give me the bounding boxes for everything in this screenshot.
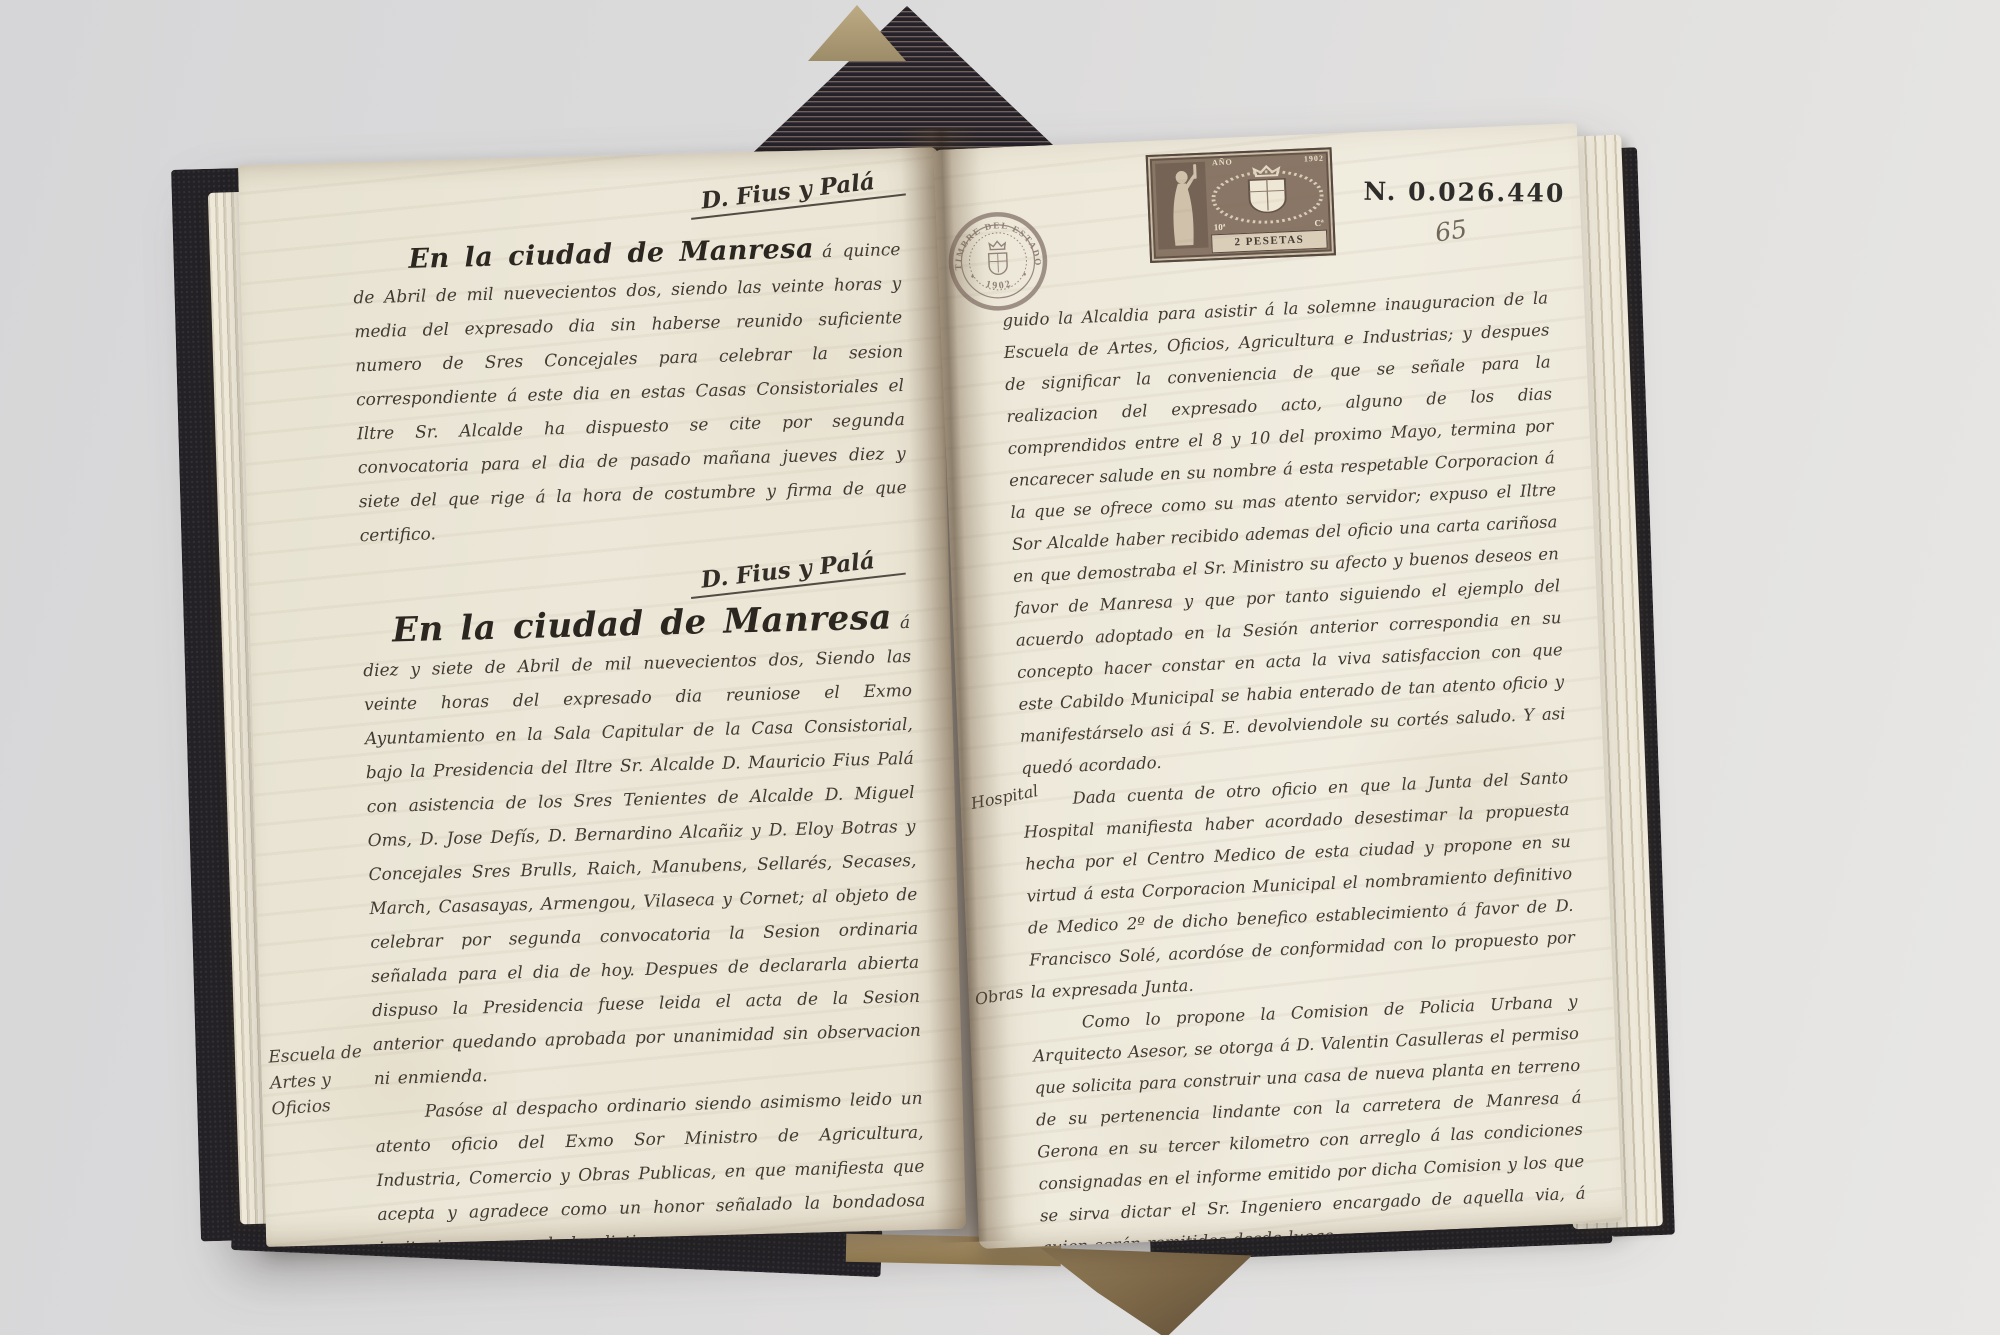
minutes-entry-despacho: Pasóse al despacho ordinario siendo asim… — [374, 1082, 926, 1247]
minutes-continuation: guido la Alcaldia para asistir á la sole… — [1002, 282, 1568, 784]
left-manuscript-page: D. Fius y Palá En la ciudad de Manresaá … — [238, 147, 966, 1247]
entry-heading-large: En la ciudad de Manresa — [392, 597, 893, 650]
stamp-value: 2 PESETAS — [1211, 230, 1328, 254]
svg-text:1902: 1902 — [984, 278, 1014, 292]
stamp-class-letter: Cª — [1314, 218, 1324, 228]
entry-body: á quince de Abril de mil nuevecientos do… — [353, 240, 907, 546]
crowned-shield-icon — [1208, 162, 1326, 227]
timbre-del-estado-seal: TIMBRE DEL ESTADO 1902 — [946, 209, 1050, 313]
signature-flourish: D. Fius y Palá — [687, 544, 906, 599]
seal-dot-left — [971, 275, 974, 278]
seal-dot-right — [1023, 273, 1026, 276]
signature-block-middle: D. Fius y Palá — [249, 553, 906, 601]
allegorical-figure-icon — [1154, 161, 1210, 251]
signature-flourish: D. Fius y Palá — [687, 165, 906, 220]
seal-year-text: 1902 — [984, 278, 1014, 292]
seal-coat-of-arms-icon — [988, 241, 1007, 275]
photograph-scene: D. Fius y Palá En la ciudad de Manresaá … — [0, 0, 2000, 1335]
entry-body: á diez y siete de Abril de mil nuevecien… — [363, 613, 921, 1089]
stamped-serial-number: N. 0.026.440 — [1363, 177, 1565, 208]
two-pesetas-tax-stamp: AÑO 1902 10ª Cª 2 PESETAS — [1146, 147, 1336, 263]
minutes-entry-april-17: En la ciudad de Manresaá diez y siete de… — [362, 600, 922, 1096]
minutes-entry-april-15: En la ciudad de Manresaá quince de Abril… — [352, 233, 908, 553]
right-manuscript-page: TIMBRE DEL ESTADO 1902 AÑO 1902 — [933, 123, 1622, 1249]
right-page-text-column: guido la Alcaldia para asistir á la sole… — [940, 281, 1623, 1249]
stamp-class-number: 10ª — [1214, 222, 1226, 232]
minutes-entry-hospital: Dada cuenta de otro oficio en que la Jun… — [1022, 762, 1577, 1009]
folio-number: 65 — [1433, 214, 1469, 247]
minutes-entry-obras: Como lo propone la Comision de Policia U… — [1031, 986, 1587, 1249]
book-spine-top-cover — [737, 6, 1077, 168]
spine-cloth-fold — [1036, 1242, 1252, 1335]
margin-note-escuela: Escuela de Artes y Oficios — [268, 1038, 375, 1122]
signature-block-top: D. Fius y Palá — [239, 174, 906, 222]
entry-heading: En la ciudad de Manresa — [408, 233, 814, 275]
